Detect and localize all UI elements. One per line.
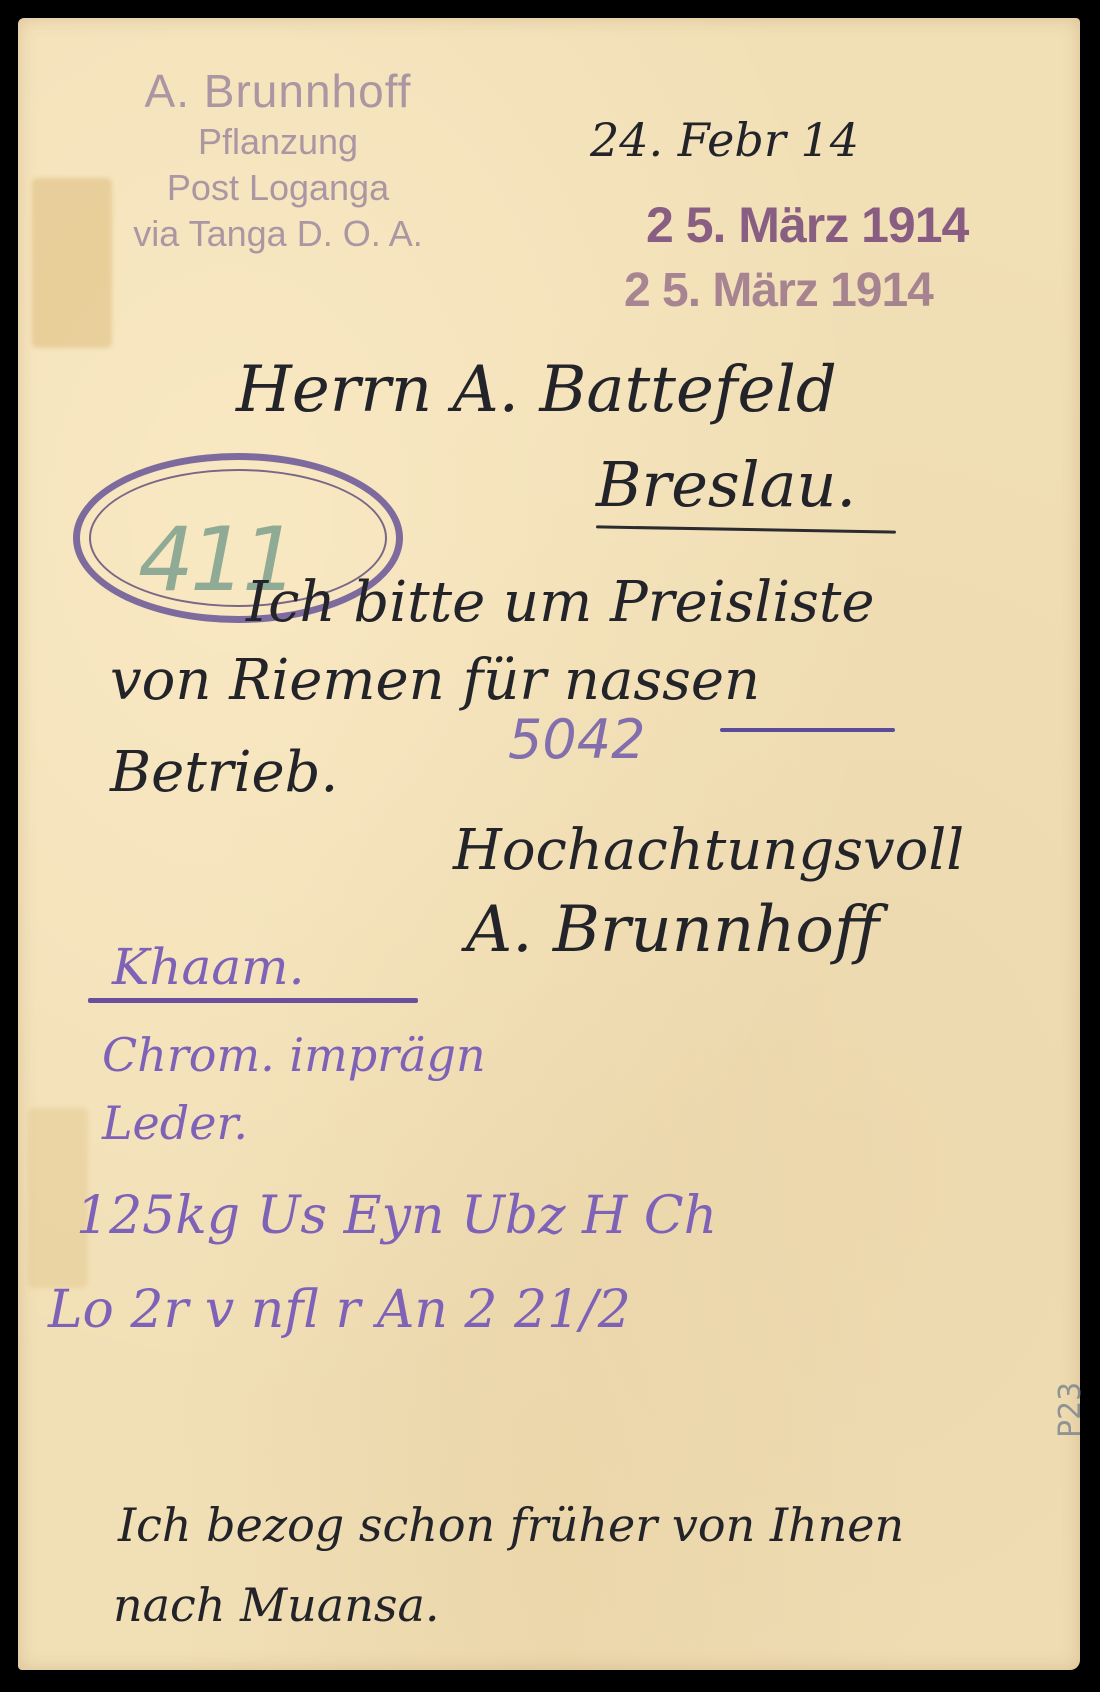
- annotation-underline: [88, 998, 418, 1003]
- sender-business: Pflanzung: [88, 124, 468, 160]
- annotation-line-2: Leder.: [102, 1096, 248, 1150]
- annotation-heading: Khaam.: [112, 938, 304, 996]
- sender-post: Post Loganga: [88, 170, 468, 206]
- annotation-line-3: 125kg Us Eyn Ubz H Ch: [76, 1186, 717, 1246]
- postscript-line-2: nach Muansa.: [113, 1578, 440, 1632]
- postcard: A. Brunnhoff Pflanzung Post Loganga via …: [18, 18, 1080, 1670]
- nassen-underline: [720, 728, 895, 732]
- sender-stamp: A. Brunnhoff Pflanzung Post Loganga via …: [88, 68, 468, 252]
- body-line-2: von Riemen für nassen: [110, 648, 760, 713]
- reference-number: 5042: [508, 708, 645, 771]
- received-stamp-1: 2 5. März 1914: [646, 196, 968, 254]
- sender-name: A. Brunnhoff: [88, 68, 468, 114]
- archive-mark: P23: [1053, 1382, 1088, 1438]
- closing: Hochachtungsvoll: [453, 818, 964, 883]
- annotation-line-4: Lo 2r v nfl r An 2 21/2: [48, 1280, 631, 1340]
- recipient-name: Herrn A. Battefeld: [236, 353, 837, 427]
- body-line-3: Betrieb.: [110, 740, 338, 805]
- handwritten-date: 24. Febr 14: [590, 113, 859, 167]
- body-line-1: Ich bitte um Preisliste: [246, 570, 874, 635]
- received-stamp-2: 2 5. März 1914: [624, 263, 933, 318]
- signature: A. Brunnhoff: [466, 893, 879, 967]
- recipient-city: Breslau.: [596, 448, 856, 521]
- postscript-line-1: Ich bezog schon früher von Ihnen: [118, 1498, 904, 1552]
- sender-route: via Tanga D. O. A.: [88, 216, 468, 252]
- annotation-line-1: Chrom. imprägn: [102, 1028, 486, 1082]
- city-underline: [596, 525, 896, 533]
